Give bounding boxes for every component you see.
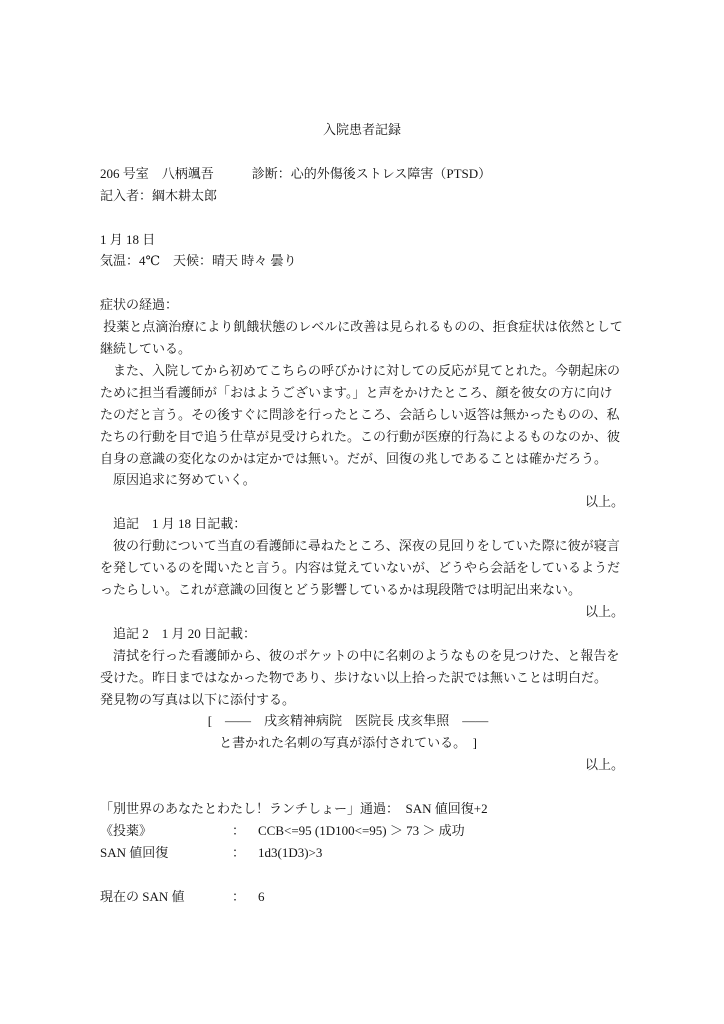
current-san-label: 現在の SAN 値 [100, 886, 232, 908]
attachment-bracket-line-1: [ ―― 戌亥精神病院 医院長 戌亥隼照 ―― [100, 710, 624, 732]
current-san-row: 現在の SAN 値 ： 6 [100, 886, 624, 908]
patient-header-line: 206 号室 八柄颯吾 診断：心的外傷後ストレス障害（PTSD） [100, 163, 624, 185]
sign-off-2: 以上。 [100, 601, 624, 623]
symptoms-paragraph-1: 投薬と点滴治療により飢餓状態のレベルに改善は見られるものの、拒食症状は依然として… [100, 316, 624, 360]
san-recovery-separator: ： [232, 842, 258, 864]
san-recovery-row: SAN 値回復 ： 1d3(1D3)>3 [100, 842, 624, 864]
document-body: 入院患者記録 206 号室 八柄颯吾 診断：心的外傷後ストレス障害（PTSD） … [100, 0, 624, 908]
medication-roll-value: CCB<=95 (1D100<=95) ＞ 73 ＞ 成功 [258, 820, 624, 842]
blank-line [100, 272, 624, 294]
weather-line: 気温：4℃ 天候：晴天 時々 曇り [100, 250, 624, 272]
addendum2-heading: 追記 2 1 月 20 日記載： [100, 623, 624, 645]
document-page: 入院患者記録 206 号室 八柄颯吾 診断：心的外傷後ストレス障害（PTSD） … [0, 0, 724, 1024]
addendum1-paragraph: 彼の行動について当直の看護師に尋ねたところ、深夜の見回りをしていた際に彼が寝言を… [100, 535, 624, 601]
current-san-separator: ： [232, 886, 258, 908]
medication-roll-label: 《投薬》 [100, 820, 232, 842]
symptoms-heading: 症状の経過： [100, 294, 624, 316]
event-pass-line: 「別世界のあなたとわたし！ランチしょー」通過： SAN 値回復+2 [100, 798, 624, 820]
room-and-patient-name: 206 号室 八柄颯吾 [100, 163, 214, 185]
current-san-value: 6 [258, 886, 624, 908]
blank-line [100, 864, 624, 886]
page-title: 入院患者記録 [100, 119, 624, 141]
medication-roll-separator: ： [232, 820, 258, 842]
sign-off-3: 以上。 [100, 754, 624, 776]
attachment-note: 発見物の写真は以下に添付する。 [100, 689, 624, 711]
attachment-bracket-line-2: と書かれた名刺の写真が添付されている。 ] [100, 732, 624, 754]
medication-roll-row: 《投薬》 ： CCB<=95 (1D100<=95) ＞ 73 ＞ 成功 [100, 820, 624, 842]
blank-line [100, 207, 624, 229]
blank-line [100, 141, 624, 163]
san-recovery-label: SAN 値回復 [100, 842, 232, 864]
symptoms-closing-line: 原因追求に努めていく。 [100, 469, 624, 491]
san-recovery-value: 1d3(1D3)>3 [258, 842, 624, 864]
addendum2-paragraph: 清拭を行った看護師から、彼のポケットの中に名刺のようなものを見つけた、と報告を受… [100, 645, 624, 689]
entry-date: 1 月 18 日 [100, 229, 624, 251]
addendum1-heading: 追記 1 月 18 日記載： [100, 513, 624, 535]
recorder-line: 記入者：綱木耕太郎 [100, 185, 624, 207]
diagnosis-text: 診断：心的外傷後ストレス障害（PTSD） [252, 163, 491, 185]
sign-off-1: 以上。 [100, 491, 624, 513]
blank-line [100, 776, 624, 798]
symptoms-paragraph-2: また、入院してから初めてこちらの呼びかけに対しての反応が見てとれた。今朝起床のた… [100, 360, 624, 470]
